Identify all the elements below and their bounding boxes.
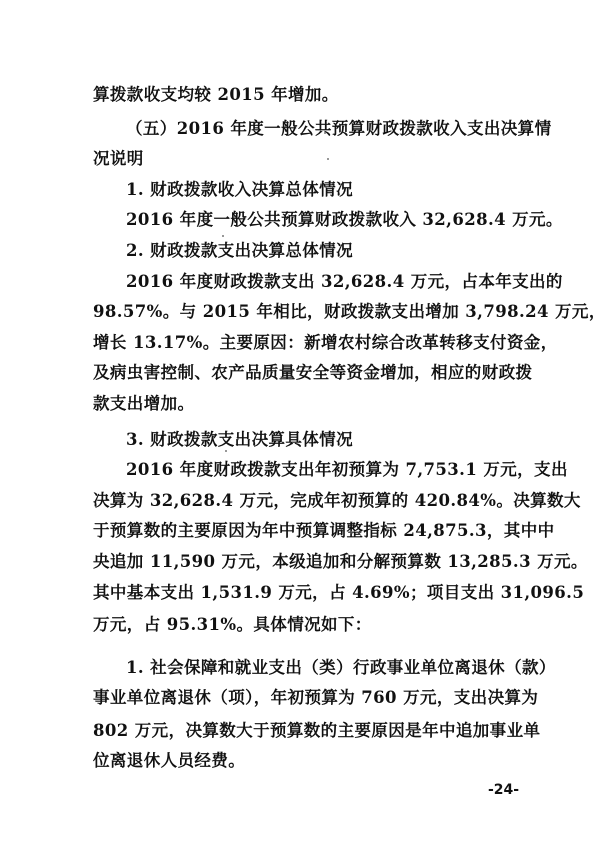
section-heading-line: （五）2016 年度一般公共预算财政拨款收入支出决算情 [93, 114, 518, 145]
paragraph-line: 决算为 32,628.4 万元，完成年初预算的 420.84%。决算数大 [93, 486, 518, 517]
paragraph-line: 802 万元，决算数大于预算数的主要原因是年中追加事业单 [93, 716, 518, 747]
paragraph-line: 于预算数的主要原因为年中预算调整指标 24,875.3，其中中 [93, 516, 518, 547]
scan-speck [327, 158, 329, 160]
page-number: -24- [488, 782, 519, 798]
scan-speck [324, 132, 326, 134]
paragraph-line: 增长 13.17%。主要原因：新增农村综合改革转移支付资金， [93, 328, 518, 359]
subsection-heading: 2. 财政拨款支出决算总体情况 [93, 236, 518, 267]
paragraph-line: 98.57%。与 2015 年相比，财政拨款支出增加 3,798.24 万元， [93, 297, 518, 328]
subsection-heading: 1. 财政拨款收入决算总体情况 [93, 175, 518, 206]
section-heading-line: 况说明 [93, 144, 518, 175]
paragraph-line: 位离退休人员经费。 [93, 746, 518, 777]
document-page: 算拨款收支均较 2015 年增加。 （五）2016 年度一般公共预算财政拨款收入… [93, 80, 518, 753]
paragraph-line: 算拨款收支均较 2015 年增加。 [93, 80, 518, 111]
paragraph-line: 1. 社会保障和就业支出（类）行政事业单位离退休（款） [93, 653, 518, 684]
paragraph-line: 2016 年度财政拨款支出 32,628.4 万元，占本年支出的 [93, 267, 518, 298]
paragraph-line: 央追加 11,590 万元，本级追加和分解预算数 13,285.3 万元。 [93, 547, 518, 578]
subsection-heading: 3. 财政拨款支出决算具体情况 [93, 425, 518, 456]
scan-speck [222, 235, 224, 237]
paragraph-line: 万元，占 95.31%。具体情况如下： [93, 610, 518, 641]
paragraph-line: 其中基本支出 1,531.9 万元，占 4.69%；项目支出 31,096.5 [93, 578, 518, 609]
paragraph-line: 2016 年度一般公共预算财政拨款收入 32,628.4 万元。 [93, 205, 518, 236]
paragraph-line: 及病虫害控制、农产品质量安全等资金增加，相应的财政拨 [93, 358, 518, 389]
paragraph-line: 2016 年度财政拨款支出年初预算为 7,753.1 万元，支出 [93, 455, 518, 486]
scan-speck [225, 450, 227, 452]
paragraph-line: 款支出增加。 [93, 389, 518, 420]
paragraph-line: 事业单位离退休（项），年初预算为 760 万元，支出决算为 [93, 683, 518, 714]
